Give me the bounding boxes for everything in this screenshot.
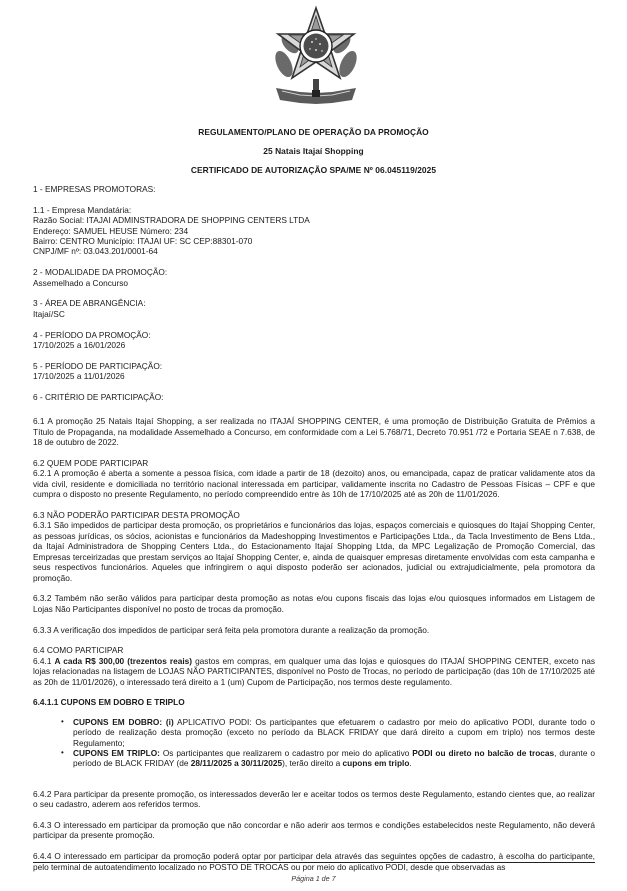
authorization-certificate: CERTIFICADO DE AUTORIZAÇÃO SPA/ME Nº 06.… [0,165,627,175]
promotion-period: 17/10/2025 a 16/01/2026 [33,340,595,350]
clause-6-2-1: 6.2.1 A promoção é aberta a somente a pe… [33,468,595,499]
section-2-heading: 2 - MODALIDADE DA PROMOÇÃO: [33,267,595,277]
purchase-threshold: A cada R$ 300,00 (trezentos reais) [55,656,193,666]
bullet-icon: • [61,717,64,727]
bullet-text: ), terão direito a [282,758,342,768]
section-1-1-heading: 1.1 - Empresa Mandatária: [33,205,595,215]
section-6-4-heading: 6.4 COMO PARTICIPAR [33,645,595,655]
page-number: Página 1 de 7 [0,874,627,883]
coupon-bonus-list: •CUPONS EM DOBRO: (i) APLICATIVO PODI: O… [33,717,595,769]
bullet-text: Os participantes que realizarem o cadast… [160,748,412,758]
section-1-heading: 1 - EMPRESAS PROMOTORAS: [33,184,595,194]
clause-6-3-2: 6.3.2 Também não serão válidos para part… [33,593,595,614]
clause-6-1: 6.1 A promoção 25 Natais Itajaí Shopping… [33,416,595,447]
bullet-label: CUPONS EM TRIPLO: [73,748,160,758]
list-item: •CUPONS EM DOBRO: (i) APLICATIVO PODI: O… [33,717,595,748]
clause-6-4-1: 6.4.1 A cada R$ 300,00 (trezentos reais)… [33,656,595,687]
clause-6-4-2: 6.4.2 Para participar da presente promoç… [33,789,595,810]
coverage-area: Itajaí/SC [33,309,595,319]
document-title: REGULAMENTO/PLANO DE OPERAÇÃO DA PROMOÇÃ… [0,127,627,137]
document-body: 1 - EMPRESAS PROMOTORAS: 1.1 - Empresa M… [33,184,595,872]
company-cnpj: CNPJ/MF nº: 03.043.201/0001-64 [33,246,595,256]
section-6-4-1-1-heading: 6.4.1.1 CUPONS EM DOBRO E TRIPLO [33,697,595,707]
section-3-heading: 3 - ÁREA DE ABRANGÊNCIA: [33,298,595,308]
footer-divider [33,862,595,863]
clause-6-3-3: 6.3.3 A verificação dos impedidos de par… [33,625,595,635]
bullet-text: . [409,758,411,768]
clause-6-3-1: 6.3.1 São impedidos de participar desta … [33,520,595,582]
participation-period: 17/10/2025 a 11/01/2026 [33,371,595,381]
promotion-modality: Assemelhado a Concurso [33,278,595,288]
bullet-emphasis: PODI ou direto no balcão de trocas [412,748,554,758]
bullet-icon: • [61,748,64,758]
brazil-coat-of-arms-icon [270,4,362,112]
company-address: Endereço: SAMUEL HEUSE Número: 234 [33,226,595,236]
bullet-label: CUPONS EM DOBRO: (i) [73,717,174,727]
section-4-heading: 4 - PERÍODO DA PROMOÇÃO: [33,330,595,340]
company-name: Razão Social: ITAJAI ADMINSTRADORA DE SH… [33,215,595,225]
promotion-name: 25 Natais Itajaí Shopping [0,146,627,156]
clause-6-4-3: 6.4.3 O interessado em participar da pro… [33,820,595,841]
section-5-heading: 5 - PERÍODO DE PARTICIPAÇÃO: [33,361,595,371]
document-page: REGULAMENTO/PLANO DE OPERAÇÃO DA PROMOÇÃ… [0,0,627,891]
black-friday-dates: 28/11/2025 a 30/11/2025 [191,758,282,768]
section-6-heading: 6 - CRITÉRIO DE PARTICIPAÇÃO: [33,392,595,402]
section-6-3-heading: 6.3 NÃO PODERÃO PARTICIPAR DESTA PROMOÇÃ… [33,510,595,520]
section-6-2-heading: 6.2 QUEM PODE PARTICIPAR [33,458,595,468]
bullet-emphasis: cupons em triplo [343,758,410,768]
clause-number: 6.4.1 [33,656,55,666]
company-district: Bairro: CENTRO Município: ITAJAI UF: SC … [33,236,595,246]
list-item: •CUPONS EM TRIPLO: Os participantes que … [33,748,595,769]
